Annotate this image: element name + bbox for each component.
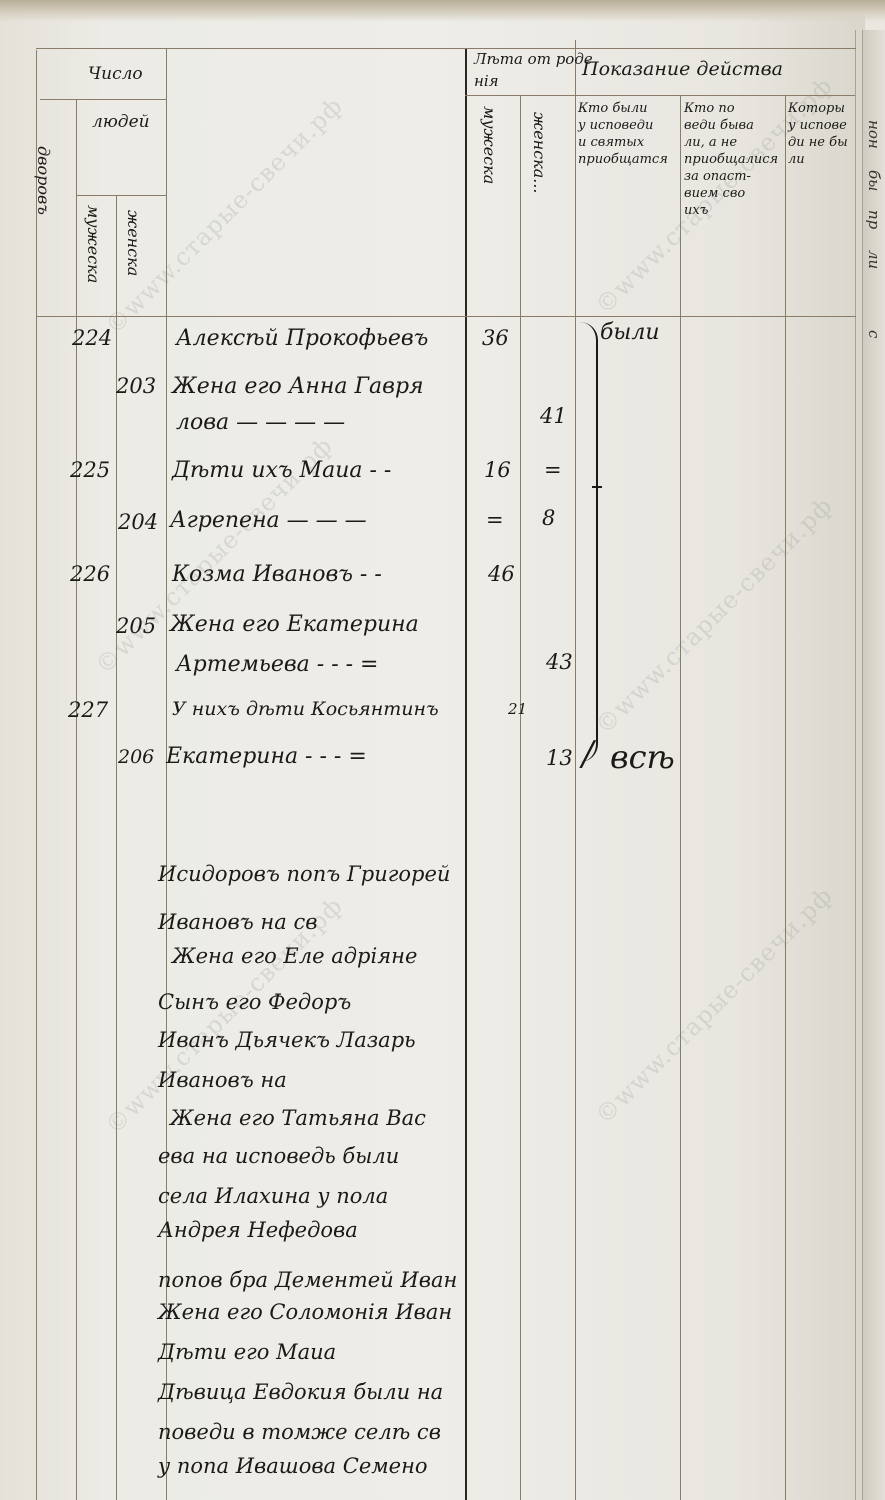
header-line: Кто были (578, 100, 680, 117)
header-not-confessed: Которы у испове ди не бы ли (788, 100, 854, 168)
watermark: ©www.старые-свечи.рф (590, 492, 838, 740)
age-female: 41 (540, 404, 567, 428)
header-line: за опаст- (684, 168, 784, 185)
male-number: 227 (68, 698, 108, 722)
note-line: попов бра Дементей Иван (158, 1268, 457, 1292)
column-rule (785, 95, 786, 1500)
header-line: ди не бы (788, 134, 854, 151)
age-male: = (486, 508, 504, 532)
person-name: Екатерина - - - = (166, 744, 367, 769)
female-number: 204 (118, 510, 158, 534)
note-line: Жена его Соломонія Иван (158, 1300, 452, 1324)
age-male: 46 (488, 562, 515, 586)
adjacent-page-fragment: нон (865, 120, 883, 149)
column-rule (520, 95, 521, 1500)
testimony-mark-were: были (600, 320, 660, 345)
header-number: Число (88, 64, 143, 84)
person-name: Артемьева - - - = (176, 652, 379, 677)
note-line: поведи в томже селѣ св (158, 1420, 441, 1444)
column-rule (76, 100, 77, 1500)
note-line: Жена его Еле адріяне (172, 944, 417, 968)
age-male: 16 (484, 458, 511, 482)
note-line: у попа Ивашова Семено (158, 1454, 428, 1478)
note-line: Дѣвица Евдокия были на (158, 1380, 443, 1404)
header-age-line2: нія (474, 72, 499, 90)
header-line: ли, а не (684, 134, 784, 151)
header-line: приобщалися (684, 151, 784, 168)
grouping-brace-point (592, 486, 602, 500)
header-age-male: мужеска (480, 106, 499, 184)
female-number: 206 (118, 746, 154, 768)
male-number: 224 (72, 326, 112, 350)
person-name: У нихъ дѣти Косьянтинъ (172, 698, 439, 720)
header-line: вием сво (684, 185, 784, 202)
note-line: Ивановъ на (158, 1068, 287, 1092)
age-female: 8 (542, 506, 555, 530)
age-female: 43 (546, 650, 573, 674)
document-page: ©www.старые-свечи.рф ©www.старые-свечи.р… (0, 0, 865, 1500)
note-line: Исидоровъ попъ Григорей (158, 862, 450, 886)
column-rule (680, 95, 681, 1500)
testimony-mark-all: всѣ (610, 738, 675, 776)
person-name: Агрепена — — — (170, 508, 367, 533)
header-people: людей (92, 112, 150, 132)
grouping-brace (580, 322, 598, 762)
header-age-female: женска... (530, 112, 549, 194)
person-name: Жена его Анна Гавря (172, 374, 424, 399)
slash-mark: / (582, 734, 593, 774)
adjacent-page-fragment: пр (865, 210, 883, 229)
header-line: у исповеди (578, 117, 680, 134)
header-line: у испове (788, 117, 854, 134)
row-rule (465, 95, 855, 96)
header-line: Которы (788, 100, 854, 117)
header-testimony: Показание действа (582, 58, 783, 80)
age-female: = (544, 458, 562, 482)
header-age-line1: Лѣта от роде (474, 50, 593, 68)
note-line: ева на исповедь были (158, 1144, 399, 1168)
note-line: Иванъ Дьячекъ Лазарь (158, 1028, 416, 1052)
header-line: веди быва (684, 117, 784, 134)
note-line: Сынъ его Федоръ (158, 990, 351, 1014)
note-line: Дѣти его Маиа (158, 1340, 336, 1364)
female-number: 203 (116, 374, 156, 398)
person-name: Козма Ивановъ - - (172, 562, 382, 587)
header-line: и святых (578, 134, 680, 151)
header-male: мужеска (84, 205, 103, 283)
header-line: приобщатся (578, 151, 680, 168)
age-male: 21 (508, 700, 527, 718)
person-name: лова — — — — (176, 410, 345, 435)
column-rule (465, 48, 467, 1500)
row-rule (76, 195, 166, 196)
column-rule (36, 50, 37, 1500)
note-line: Ивановъ на св (158, 910, 317, 934)
row-rule (36, 48, 856, 49)
header-not-communed: Кто по веди быва ли, а не приобщалися за… (684, 100, 784, 219)
header-households: дворовъ (34, 146, 53, 215)
row-rule (40, 99, 166, 100)
header-line: Кто по (684, 100, 784, 117)
column-rule (855, 30, 856, 1500)
note-line: Жена его Татьяна Вас (170, 1106, 426, 1130)
header-line: ли (788, 151, 854, 168)
male-number: 225 (70, 458, 110, 482)
page-edge (0, 0, 885, 22)
watermark: ©www.старые-свечи.рф (590, 882, 838, 1130)
female-number: 205 (116, 614, 156, 638)
note-line: Андрея Нефедова (158, 1218, 358, 1242)
adjacent-page-fragment: бы (865, 170, 883, 191)
age-female: 13 (546, 746, 573, 770)
header-confessed: Кто были у исповеди и святых приобщатся (578, 100, 680, 168)
adjacent-page-fragment: с (865, 330, 883, 338)
row-rule (36, 316, 856, 317)
header-line: ихъ (684, 202, 784, 219)
adjacent-page-edge: нон бы пр ли с (862, 30, 885, 1500)
adjacent-page-fragment: ли (865, 250, 883, 269)
age-male: 36 (482, 326, 509, 350)
person-name: Дѣти ихъ Маиа - - (172, 458, 391, 483)
column-rule (575, 40, 576, 1500)
header-female: женска (124, 210, 143, 276)
male-number: 226 (70, 562, 110, 586)
person-name: Алексѣй Прокофьевъ (176, 326, 428, 351)
note-line: села Илахина у пола (158, 1184, 388, 1208)
person-name: Жена его Екатерина (170, 612, 419, 637)
